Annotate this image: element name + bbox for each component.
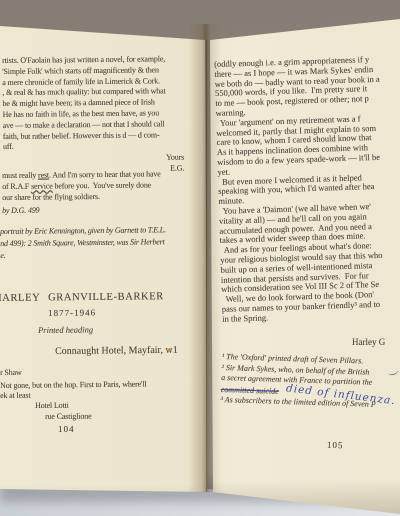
right-page-footnotes: ¹ The 'Oxford' printed draft of Seven Pi… <box>220 352 397 411</box>
book-photo: rtists. O'Faolain has just written a nov… <box>0 0 400 516</box>
text-line: e. <box>0 248 166 262</box>
letter-postscript: must really rest. And I'm sorry to hear … <box>2 169 161 203</box>
text-segment: of R.A.F <box>2 181 31 190</box>
gutter-seam <box>206 40 207 492</box>
letter-body-paragraph: (oddly enough i.e. a grim appropriatenes… <box>214 55 387 325</box>
letterhead-address: Connaught Hotel, Mayfair, w1 <box>55 345 178 357</box>
text-segment: must really <box>2 171 38 180</box>
photo-caption-note: by D.G. 499 <box>2 206 40 217</box>
text-line: faith, but rather belief. However this i… <box>3 130 166 143</box>
underlined-word: service <box>31 181 53 190</box>
section-heading: HARLEY GRANVILLE-BARKER <box>0 291 164 304</box>
salutation: r Shaw <box>0 368 22 379</box>
page-number-104: 104 <box>58 424 75 434</box>
page-number-105: 105 <box>327 440 344 451</box>
section-dates: 1877-1946 <box>48 307 96 318</box>
text-segment: before you. You've surely done <box>53 180 151 190</box>
editorial-note: Printed heading <box>38 324 93 335</box>
text-line: our share for the flying soldiers. <box>2 191 161 203</box>
left-page-footnotes: portrait by Eric Kennington, given by Ga… <box>0 224 166 262</box>
text-segment: . And I'm sorry to hear that you have <box>49 169 161 179</box>
text-line: nd 499): 2 Smith Square, Westminster, wa… <box>0 236 166 250</box>
foxing-spot <box>168 348 172 351</box>
struck-text: committed suicide <box>221 385 279 396</box>
hotel-address-line: Hotel Lotti <box>35 401 69 412</box>
closing-yours: Yours <box>140 152 184 163</box>
hotel-address-line: rue Castiglione <box>45 412 92 423</box>
letter-signature: Harley G <box>352 337 385 347</box>
letter-body-paragraph: rtists. O'Faolain has just written a nov… <box>2 54 166 153</box>
letter-line: ek at least <box>0 391 30 402</box>
text-line: of R.A.F service before you. You've sure… <box>2 180 161 192</box>
underlined-word: rest <box>38 171 49 180</box>
